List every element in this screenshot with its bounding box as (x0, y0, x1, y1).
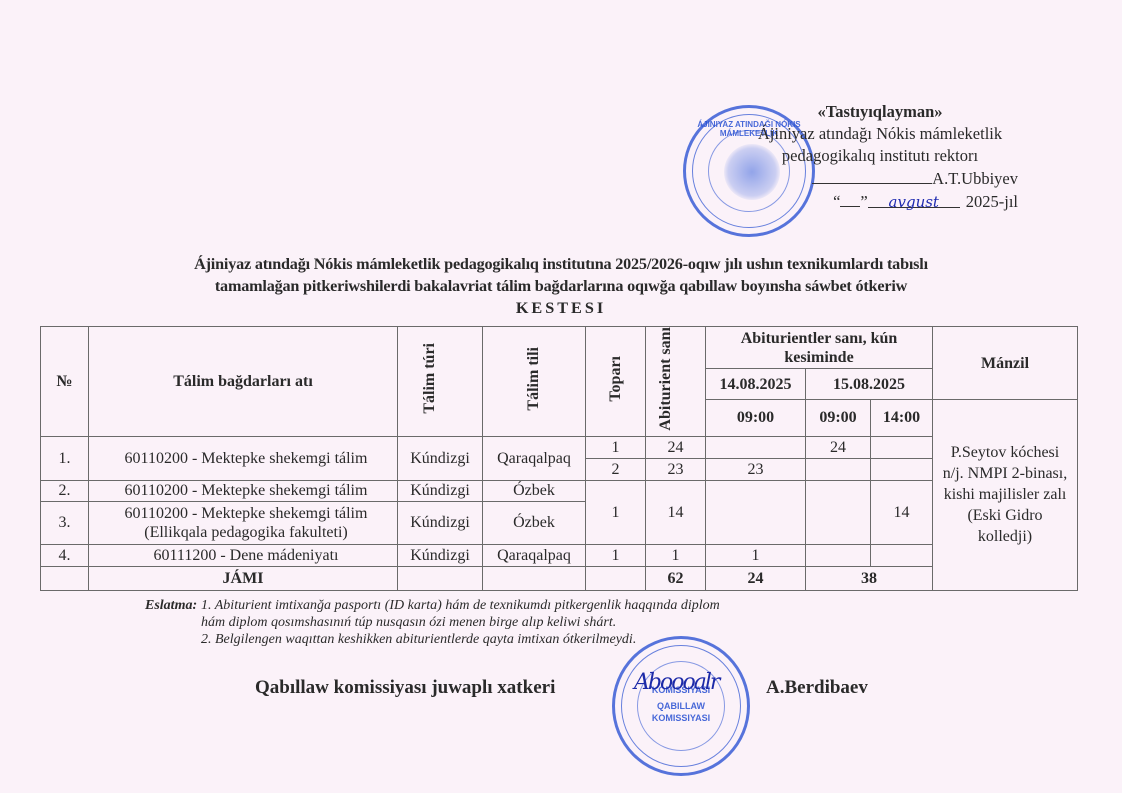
signatory-name: A.Berdibaev (766, 677, 868, 699)
row-form: Kúndizgi (398, 436, 483, 480)
approval-line-1: Ájiniyaz atındağı Nókis mámleketlik (720, 123, 1040, 145)
admission-commission-stamp: KOMISSIYASI QABILLAW KOMISSIYASI (612, 636, 750, 776)
header-group-text: Toparı (607, 356, 625, 402)
total-date-1: 24 (706, 566, 806, 590)
total-group-empty (586, 566, 646, 590)
header-address: Mánzil (933, 327, 1078, 400)
title-line-1: Ájiniyaz atındağı Nókis mámleketlik peda… (60, 253, 1062, 275)
header-program: Tálim bağdarları atı (89, 327, 398, 437)
signatory-role: Qabıllaw komissiyası juwaplı xatkeri (255, 677, 555, 699)
header-group: Toparı (586, 327, 646, 437)
total-num-empty (41, 566, 89, 590)
approval-signer-line: A.T.Ubbiyev (720, 167, 1040, 190)
schedule-table: № Tálim bağdarları atı Tálim túri Tálim … (40, 326, 1078, 591)
quote-open: “ (833, 191, 840, 213)
rector-name: A.T.Ubbiyev (932, 168, 1018, 190)
row-form: Kúndizgi (398, 501, 483, 544)
header-time-d1: 09:00 (706, 400, 806, 437)
signature-scribble: Aboooalr (634, 670, 718, 695)
row-num: 1. (41, 436, 89, 480)
total-date-2: 38 (806, 566, 933, 590)
title-kestesi: KESTESI (60, 297, 1062, 319)
signature-line (812, 167, 932, 184)
total-row: JÁMI 62 24 38 (41, 566, 1078, 590)
row-group: 1 (586, 544, 646, 566)
row-program: 60110200 - Mektepke shekemgi tálim (89, 436, 398, 480)
total-language-empty (483, 566, 586, 590)
row-program: 60110200 - Mektepke shekemgi tálim (Elli… (89, 501, 398, 544)
row-applicants: 14 (646, 480, 706, 544)
row-d2-1400 (871, 458, 933, 480)
row-d2-0900 (806, 544, 871, 566)
quote-close: ” (860, 191, 867, 213)
row-d1-0900: 23 (706, 458, 806, 480)
total-label: JÁMI (89, 566, 398, 590)
total-form-empty (398, 566, 483, 590)
row-d2-0900 (806, 480, 871, 544)
row-num: 2. (41, 480, 89, 501)
note-item-2: 2. Belgilengen waqıttan keshikken abitur… (201, 631, 1061, 648)
row-language: Qaraqalpaq (483, 436, 586, 480)
approval-line-2: pedagogikalıq institutı rektorı (720, 145, 1040, 167)
row-language: Qaraqalpaq (483, 544, 586, 566)
row-group: 1 (586, 480, 646, 544)
row-d2-0900 (806, 458, 871, 480)
row-d2-1400: 14 (871, 480, 933, 544)
row-applicants: 23 (646, 458, 706, 480)
table-row: 1. 60110200 - Mektepke shekemgi tálim Kú… (41, 436, 1078, 458)
title-line-2: tamamlağan pitkeriwshilerdi bakalavriat … (60, 275, 1062, 297)
header-date-2: 15.08.2025 (806, 369, 933, 400)
row-language: Ózbek (483, 501, 586, 544)
month-handwritten: avgust (868, 191, 960, 208)
header-by-day: Abiturientler sanı, kún kesiminde (706, 327, 933, 369)
approval-date-line: “ ” avgust 2025-jıl (720, 190, 1040, 213)
header-form-text: Tálim túri (421, 343, 459, 414)
row-d2-0900: 24 (806, 436, 871, 458)
row-program: 60110200 - Mektepke shekemgi tálim (89, 480, 398, 501)
header-applicants: Abiturient sanı (646, 327, 706, 437)
row-d1-0900: 1 (706, 544, 806, 566)
approval-title: «Tastıyıqlayman» (720, 101, 1040, 123)
approval-block: «Tastıyıqlayman» Ájiniyaz atındağı Nókis… (720, 101, 1040, 213)
notes-label: Eslatma: (145, 597, 197, 614)
row-d2-1400 (871, 436, 933, 458)
header-num: № (41, 327, 89, 437)
header-date-1: 14.08.2025 (706, 369, 806, 400)
row-applicants: 24 (646, 436, 706, 458)
document-title: Ájiniyaz atındağı Nókis mámleketlik peda… (60, 253, 1062, 319)
header-time-d2a: 09:00 (806, 400, 871, 437)
header-applicants-text: Abiturient sanı (657, 327, 695, 431)
row-d2-1400 (871, 544, 933, 566)
day-line (840, 190, 860, 207)
address-cell: P.Seytov kóchesi n/j. NMPI 2-binası, kis… (933, 400, 1078, 591)
stamp-line-2: QABILLAW (615, 701, 747, 711)
row-language: Ózbek (483, 480, 586, 501)
header-form: Tálim túri (398, 327, 483, 437)
note-item-1: 1. Abiturient imtixanğa pasportı (ID kar… (201, 597, 721, 631)
header-time-d2b: 14:00 (871, 400, 933, 437)
row-num: 4. (41, 544, 89, 566)
row-d1-0900 (706, 480, 806, 544)
table-row: 4. 60111200 - Dene mádeniyatı Kúndizgi Q… (41, 544, 1078, 566)
row-form: Kúndizgi (398, 480, 483, 501)
row-d1-0900 (706, 436, 806, 458)
table-row: 2. 60110200 - Mektepke shekemgi tálim Kú… (41, 480, 1078, 501)
row-applicants: 1 (646, 544, 706, 566)
row-program: 60111200 - Dene mádeniyatı (89, 544, 398, 566)
total-applicants: 62 (646, 566, 706, 590)
header-language: Tálim tili (483, 327, 586, 437)
header-language-text: Tálim tili (525, 347, 543, 411)
row-group: 1 (586, 436, 646, 458)
row-num: 3. (41, 501, 89, 544)
row-group: 2 (586, 458, 646, 480)
stamp-line-3: KOMISSIYASI (615, 713, 747, 723)
approval-year: 2025-jıl (966, 191, 1018, 213)
row-form: Kúndizgi (398, 544, 483, 566)
